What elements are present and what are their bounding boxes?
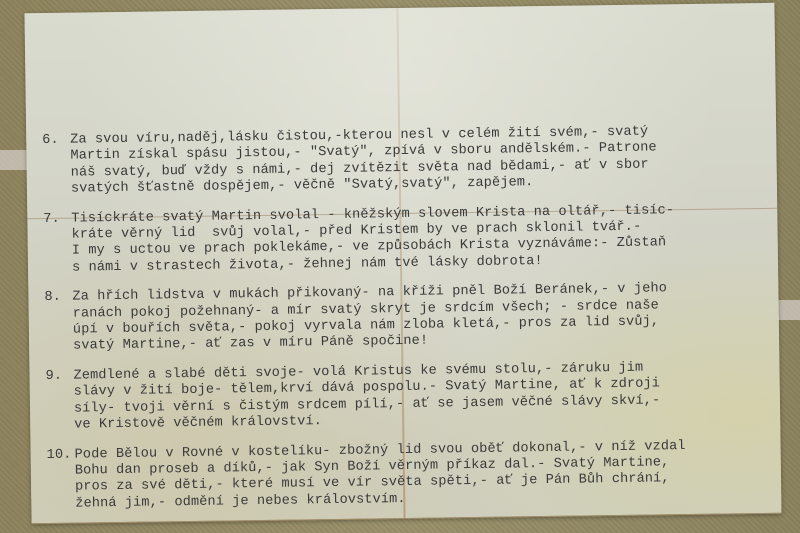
stanza: 6.Za svou víru,naděj,lásku čistou,-ktero… bbox=[42, 123, 767, 199]
stanza-number: 7. bbox=[43, 211, 71, 228]
hymn-text: 6.Za svou víru,naděj,lásku čistou,-ktero… bbox=[42, 123, 771, 526]
stanza: 8.Za hřích lidstva v mukách přikovaný- n… bbox=[44, 280, 769, 356]
stanza: 7.Tisíckráte svatý Martin svolal - kněžs… bbox=[43, 202, 768, 278]
stanza: 9.Zemdlené a slabé děti svoje- volá Kris… bbox=[45, 359, 770, 435]
stanza-number: 9. bbox=[45, 368, 73, 385]
stanza: 10.Pode Bělou v Rovné v kostelíku- zbožn… bbox=[47, 437, 772, 513]
stanza-number: 6. bbox=[42, 133, 70, 150]
stanza-number: 10. bbox=[47, 447, 75, 464]
stanza-number: 8. bbox=[44, 290, 72, 307]
typewritten-page: 6.Za svou víru,naděj,lásku čistou,-ktero… bbox=[24, 3, 781, 524]
